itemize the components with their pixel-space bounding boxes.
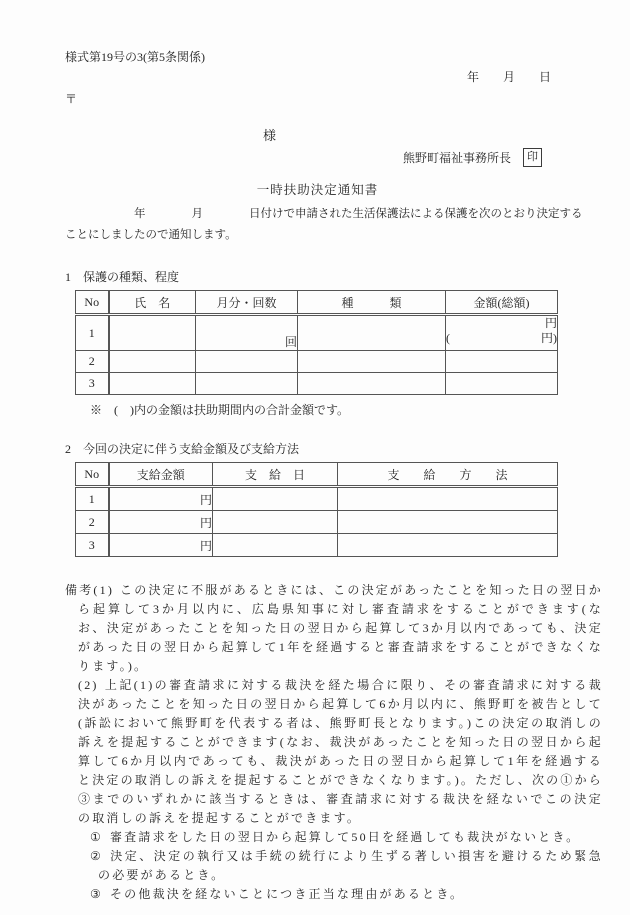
notification-body: 年 月 日付けで申請された生活保護法による保護を次のとおり決定する ことにしまし… (65, 204, 603, 246)
row1-number: 1 (76, 315, 109, 351)
protection-type-table: No 氏 名 月分・回数 種 類 金額(総額) 1 回 円 ( 円) 2 (75, 290, 558, 395)
row1-amount-cell: 円 ( 円) (446, 315, 558, 351)
remark-1-text: この決定に不服があるときには、この決定があったことを知った日の翌日から起算して3… (78, 583, 603, 673)
row1-kind-cell (298, 315, 446, 351)
table1-header-no: No (76, 291, 109, 315)
table1-header-row: No 氏 名 月分・回数 種 類 金額(総額) (76, 291, 558, 315)
table2-header-date: 支 給 日 (213, 463, 338, 487)
table-row: 2 (76, 351, 558, 373)
table1-header-kind: 種 類 (298, 291, 446, 315)
row3-kind-cell (298, 373, 446, 395)
row2-name-cell (109, 351, 196, 373)
addressee-honorific: 様 (65, 128, 603, 144)
table1-header-amount: 金額(総額) (446, 291, 558, 315)
table-row: 1 円 (76, 487, 558, 511)
remarks-section: 備考(1)この決定に不服があるときには、この決定があったことを知った日の翌日から… (65, 581, 603, 904)
row3-name-cell (109, 373, 196, 395)
remark-2-label: (2) (78, 678, 99, 692)
row2-amount-cell (446, 351, 558, 373)
numbered-2-text: 決定、決定の執行又は手続の続行により生ずる著しい損害を避けるため緊急の必要がある… (98, 849, 603, 882)
pay-row1-number: 1 (76, 487, 109, 511)
row2-kind-cell (298, 351, 446, 373)
paren-close-unit: 円) (541, 331, 557, 346)
pay-row1-method-cell (338, 487, 558, 511)
table2-header-method: 支 給 方 法 (338, 463, 558, 487)
issue-date-line: 年 月 日 (65, 70, 603, 85)
row3-count-cell (196, 373, 298, 395)
remark-item-1: 備考(1)この決定に不服があるときには、この決定があったことを知った日の翌日から… (78, 581, 603, 676)
section2-heading: 2 今回の決定に伴う支給金額及び支給方法 (65, 440, 603, 457)
numbered-1-label: ① (90, 830, 103, 844)
pay-row1-amount-unit: 円 (109, 487, 213, 511)
remark-item-2: (2)上記(1)の審査請求に対する裁決を経た場合に限り、その審査請求に対する裁決… (78, 676, 603, 828)
row1-name-cell (109, 315, 196, 351)
row1-count-cell: 回 (196, 315, 298, 351)
document-page: 様式第19号の3(第5条関係) 年 月 日 〒 様 熊野町福祉事務所長 印 一時… (0, 0, 630, 915)
issuer-title: 熊野町福祉事務所長 (403, 149, 511, 166)
pay-row2-amount-unit: 円 (109, 511, 213, 534)
table-row: 2 円 (76, 511, 558, 534)
numbered-2-label: ② (90, 849, 103, 863)
table-row: 3 (76, 373, 558, 395)
row2-number: 2 (76, 351, 109, 373)
table2-header-row: No 支給金額 支 給 日 支 給 方 法 (76, 463, 558, 487)
remark-1-label: 備考(1) (65, 583, 114, 597)
row3-number: 3 (76, 373, 109, 395)
table-row: 3 円 (76, 534, 558, 557)
numbered-1-text: 審査請求をした日の翌日から起算して50日を経過しても裁決がないとき。 (110, 830, 580, 844)
form-number: 様式第19号の3(第5条関係) (65, 50, 603, 65)
numbered-item-1: ①審査請求をした日の翌日から起算して50日を経過しても裁決がないとき。 (98, 828, 603, 847)
pay-row3-amount-unit: 円 (109, 534, 213, 557)
table1-header-month-count: 月分・回数 (196, 291, 298, 315)
table2-header-amount: 支給金額 (109, 463, 213, 487)
section1-heading: 1 保護の種類、程度 (65, 268, 603, 285)
remark-numbered-list: ①審査請求をした日の翌日から起算して50日を経過しても裁決がないとき。 ②決定、… (90, 828, 603, 904)
remark-2-text: 上記(1)の審査請求に対する裁決を経た場合に限り、その審査請求に対する裁決があっ… (78, 678, 603, 825)
pay-row1-date-cell (213, 487, 338, 511)
issuer-line: 熊野町福祉事務所長 印 (65, 148, 603, 167)
row1-amount-total: ( 円) (446, 331, 557, 346)
table1-header-name: 氏 名 (109, 291, 196, 315)
row2-count-cell (196, 351, 298, 373)
pay-row3-method-cell (338, 534, 558, 557)
payment-table: No 支給金額 支 給 日 支 給 方 法 1 円 2 円 3 円 (75, 462, 558, 557)
pay-row3-date-cell (213, 534, 338, 557)
pay-row2-number: 2 (76, 511, 109, 534)
numbered-3-text: その他裁決を経ないことにつき正当な理由があるとき。 (110, 887, 464, 901)
document-title: 一時扶助決定通知書 (65, 180, 570, 198)
postal-code-mark: 〒 (65, 92, 603, 107)
numbered-item-2: ②決定、決定の執行又は手続の続行により生ずる著しい損害を避けるため緊急の必要があ… (98, 847, 603, 885)
official-seal-box: 印 (523, 148, 542, 167)
table2-header-no: No (76, 463, 109, 487)
pay-row2-method-cell (338, 511, 558, 534)
table1-footnote: ※ ( )内の金額は扶助期間内の合計金額です。 (90, 401, 603, 418)
pay-row3-number: 3 (76, 534, 109, 557)
row1-amount-unit: 円 (446, 316, 557, 331)
table-row: 1 回 円 ( 円) (76, 315, 558, 351)
pay-row2-date-cell (213, 511, 338, 534)
paren-open: ( (446, 331, 450, 346)
numbered-item-3: ③その他裁決を経ないことにつき正当な理由があるとき。 (98, 885, 603, 904)
numbered-3-label: ③ (90, 887, 103, 901)
row3-amount-cell (446, 373, 558, 395)
